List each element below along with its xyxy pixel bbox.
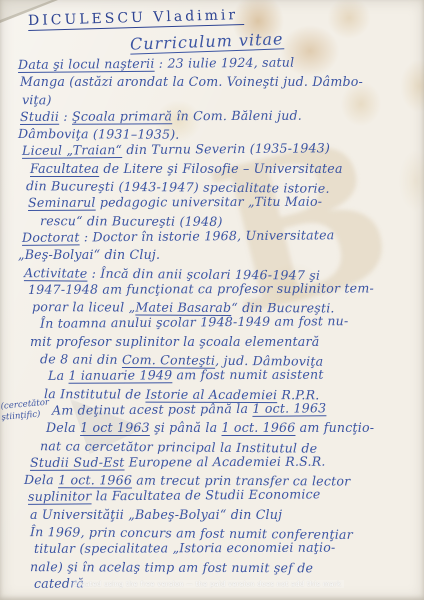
handwritten-line: Am deţinut acest post până la 1 oct. 196… (14, 398, 424, 419)
underlined-text: Data şi locul naşterii (18, 56, 155, 72)
text-run: Europene al Academiei R.S.R. (124, 453, 325, 469)
text-run: de 8 ani din (40, 351, 122, 367)
text-run: am fost numit asistent (172, 367, 323, 383)
underlined-text: 1 ianuarie 1949 (68, 368, 172, 383)
underlined-text: 1 oct. 1966 (222, 420, 296, 435)
handwritten-line: Studii : Şcoala primară în Com. Băleni j… (14, 106, 424, 125)
handwritten-line: Doctorat : Doctor în istorie 1968, Unive… (14, 225, 424, 246)
underlined-text: 1 oct 1963 (80, 420, 150, 435)
handwritten-line: titular (specialitatea „Istoria economie… (14, 539, 424, 558)
text-run: din Turnu Severin (1935-1943) (122, 141, 330, 158)
handwritten-line: 1947-1948 am funcţionat ca profesor supl… (14, 279, 424, 298)
author-name: DICULESCU Vladimir (28, 7, 245, 31)
text-run: : (59, 109, 72, 124)
text-run: de Litere şi Filosofie – Universitatea (99, 161, 342, 176)
handwritten-line: La 1 ianuarie 1949 am fost numit asisten… (14, 366, 424, 385)
stain-blob (318, 0, 380, 48)
text-run: porar la liceul „ (32, 299, 135, 314)
text-run: în Com. Băleni jud. (172, 108, 302, 124)
underlined-text: 1 oct. 1966 (58, 472, 132, 487)
handwritten-line: suplinitor la Facultatea de Studii Econo… (14, 485, 424, 506)
underlined-text: Facultatea (30, 161, 99, 176)
handwritten-line: „Beş-Bolyai“ din Cluj. (14, 246, 424, 263)
text-run: Manga (astăzi arondat la Com. Voineşti j… (20, 74, 363, 89)
document-page: DICULESCU Vladimir Curriculum vitae Data… (0, 0, 424, 600)
handwritten-line: În toamna anului şcolar 1948-1949 am fos… (14, 312, 424, 333)
underlined-text: Activitate (24, 265, 88, 281)
text-run: viţa) (22, 92, 52, 107)
handwritten-line: Studii Sud-Est Europene al Academiei R.S… (14, 452, 424, 471)
text-run: Dâmboviţa (1931–1935). (18, 126, 180, 142)
handwritten-line: a Universităţii „Babeş-Bolyai“ din Cluj (14, 506, 424, 523)
text-run: pedagogic universitar „Titu Maio- (96, 194, 323, 210)
text-run: la Facultatea de Studii Economice (91, 487, 320, 504)
text-run: mit profesor suplinitor la şcoala elemen… (30, 334, 319, 349)
underlined-text: suplinitor (28, 489, 92, 505)
text-run: şi până la (150, 420, 222, 435)
underlined-text: Şcoala primară (72, 108, 172, 123)
handwritten-line: Facultatea de Litere şi Filosofie – Univ… (14, 160, 424, 177)
scan-watermark: Created using the free version — the pai… (70, 580, 344, 588)
underlined-text: Studii (20, 109, 59, 124)
underlined-text: Studii Sud-Est (30, 454, 125, 469)
text-run: titular (specialitatea „Istoria economie… (34, 540, 336, 556)
text-run: „Beş-Bolyai“ din Cluj. (18, 247, 160, 262)
text-run: În toamna anului şcolar 1948-1949 am fos… (40, 314, 349, 332)
underlined-text: Seminarul (28, 195, 96, 210)
handwritten-line: Dela 1 oct 1963 şi până la 1 oct. 1966 a… (14, 419, 424, 436)
text-run: a Universităţii „Babeş-Bolyai“ din Cluj (30, 507, 282, 522)
text-run: : Doctor în istorie 1968, Universitatea (80, 227, 335, 244)
text-run: Am deţinut acest post până la (52, 401, 252, 418)
text-run: am funcţio- (295, 420, 374, 435)
text-run: La (48, 368, 69, 383)
text-run: : 23 iulie 1924, satul (154, 55, 294, 71)
underlined-text: 1 oct. 1963 (252, 400, 326, 416)
underlined-text: Liceul „Traian“ (22, 143, 122, 159)
text-run: rescu“ din Bucureşti (1948) (40, 213, 223, 229)
handwritten-line: Data şi locul naşterii : 23 iulie 1924, … (14, 52, 424, 73)
handwritten-line: Liceul „Traian“ din Turnu Severin (1935-… (14, 139, 424, 160)
handwritten-line: Seminarul pedagogic universitar „Titu Ma… (14, 193, 424, 212)
text-run: 1947-1948 am funcţionat ca profesor supl… (28, 280, 374, 297)
underlined-text: Doctorat (22, 229, 80, 245)
handwritten-body: Data şi locul naşterii : 23 iulie 1924, … (14, 56, 424, 592)
handwritten-line: mit profesor suplinitor la şcoala elemen… (14, 333, 424, 350)
handwritten-line: Manga (astăzi arondat la Com. Voineşti j… (14, 73, 424, 90)
text-run: Dela (24, 472, 58, 487)
document-title: Curriculum vitae (130, 29, 284, 54)
text-run: Dela (46, 420, 80, 435)
